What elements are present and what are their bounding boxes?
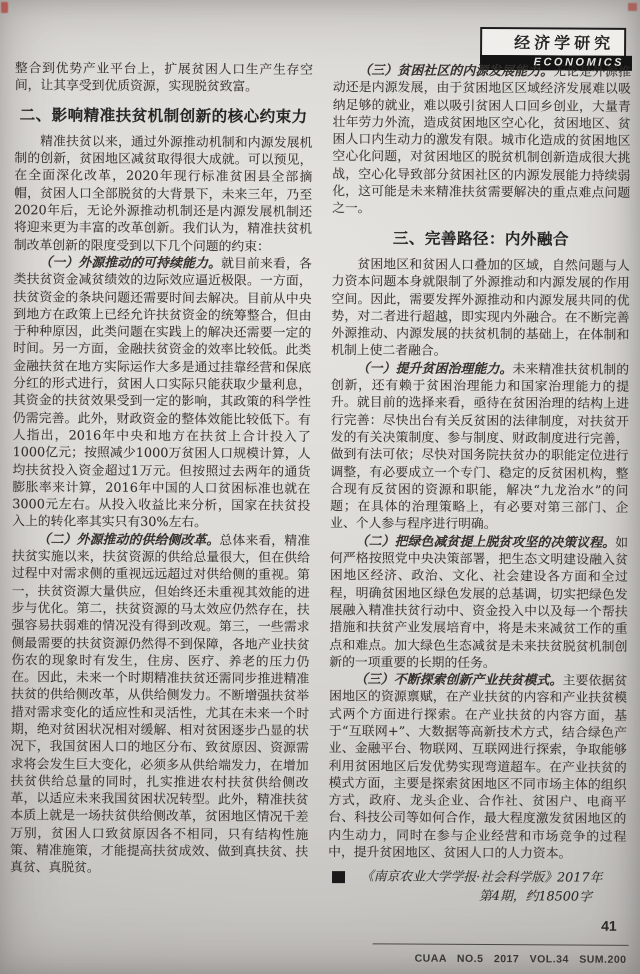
paragraph: （一）提升贫困治理能力。未来精准扶贫机制的创新，还有赖于贫困治理能力和国家治理能… [330,360,629,535]
paragraph-lead: （三）贫困社区的内源发展能力。 [358,63,553,79]
paragraph: （三）贫困社区的内源发展能力。无论是外源推动还是内源发展，由于贫困地区区域经济发… [332,62,631,219]
section-heading-2: 二、影响精准扶贫机制创新的核心约束力 [15,106,313,125]
scan-content: 经济学研究 ECONOMICS 整合到优势产业平台上，扩展贫困人口生产生存空间，… [0,0,640,974]
source-attribution: 《南京农业大学学报·社会科学版》2017年 第4期，约18500字 [328,867,626,907]
source-line-1: 《南京农业大学学报·社会科学版》2017年 [328,867,626,888]
continued-paragraph: 整合到优势产业平台上，扩展贫困人口生产生存空间，让其享受到优质资源，实现脱贫致富… [15,60,313,96]
paragraph: （一）外源推动的可持续能力。就目前来看，各类扶贫资金减贫绩效的边际效应逼近极限。… [12,254,312,533]
article-body: 整合到优势产业平台上，扩展贫困人口生产生存空间，让其享受到优质资源，实现脱贫致富… [10,60,631,907]
paragraph-lead: （二）外源推动的供给侧改革。 [38,532,220,548]
page-number: 41 [601,918,617,934]
source-line-2: 第4期，约18500字 [328,886,626,907]
source-square-icon [332,871,345,883]
paragraph-lead: （一）提升贫困治理能力。 [357,361,513,377]
section-heading-3: 三、完善路径：内外融合 [332,229,630,248]
paragraph: （二）外源推动的供给侧改革。总体来看，精准扶贫实施以来，扶贫资源的供给总量很大，… [10,531,310,879]
paragraph-text: 无论是外源推动还是内源发展，由于贫困地区区域经济发展难以吸纳足够的就业，难以吸引… [332,64,631,216]
paragraph-lead: （一）外源推动的可持续能力。 [39,255,221,271]
source-citation: 《南京农业大学学报·社会科学版》2017年 [361,868,603,888]
scanned-journal-page: 经济学研究 ECONOMICS 整合到优势产业平台上，扩展贫困人口生产生存空间，… [0,0,640,974]
right-column: （三）贫困社区的内源发展能力。无论是外源推动还是内源发展，由于贫困地区区域经济发… [328,62,631,907]
paragraph: 贫困地区和贫困人口叠加的区域，自然问题与人力资本问题本身就限制了外源推动和内源发… [331,256,630,362]
paragraph: 精准扶贫以来，通过外源推动机制和内源发展机制的创新，贫困地区减贫取得很大成就。可… [14,133,313,256]
paragraph: （二）把绿色减贫提上脱贫攻坚的决策议程。如何严格按照党中央决策部署，把生态文明建… [329,533,628,673]
footer-divider [373,943,629,946]
paragraph-text: 如何严格按照党中央决策部署，把生态文明建设融入贫困地区经济、政治、文化、社会建设… [329,536,628,671]
paragraph-text: 主要依据贫困地区的资源禀赋，在产业扶贫的内容和产业扶贫模式两个方面进行探索。在产… [328,674,627,862]
paragraph-lead: （二）把绿色减贫提上脱贫攻坚的决策议程。 [356,534,616,551]
paragraph-text: 总体来看，精准扶贫实施以来，扶贫资源的供给总量很大，但在供给过程中对需求侧的重视… [10,533,310,876]
paragraph-text: 未来精准扶贫机制的创新，还有赖于贫困治理能力和国家治理能力的提升。就目前的选择来… [330,362,629,533]
paragraph-lead: （三）不断探索创新产业扶贫模式。 [355,672,563,688]
paragraph-text: 就目前来看，各类扶贫资金减贫绩效的边际效应逼近极限。一方面，扶贫资金的条块问题还… [12,256,312,530]
left-column: 整合到优势产业平台上，扩展贫困人口生产生存空间，让其享受到优质资源，实现脱贫致富… [10,60,313,905]
footer-journal-info: CUAA NO.5 2017 VOL.34 SUM.200 [415,953,627,966]
paragraph: （三）不断探索创新产业扶贫模式。主要依据贫困地区的资源禀赋，在产业扶贫的内容和产… [328,671,627,863]
journal-title-cn: 经济学研究 [480,27,626,58]
